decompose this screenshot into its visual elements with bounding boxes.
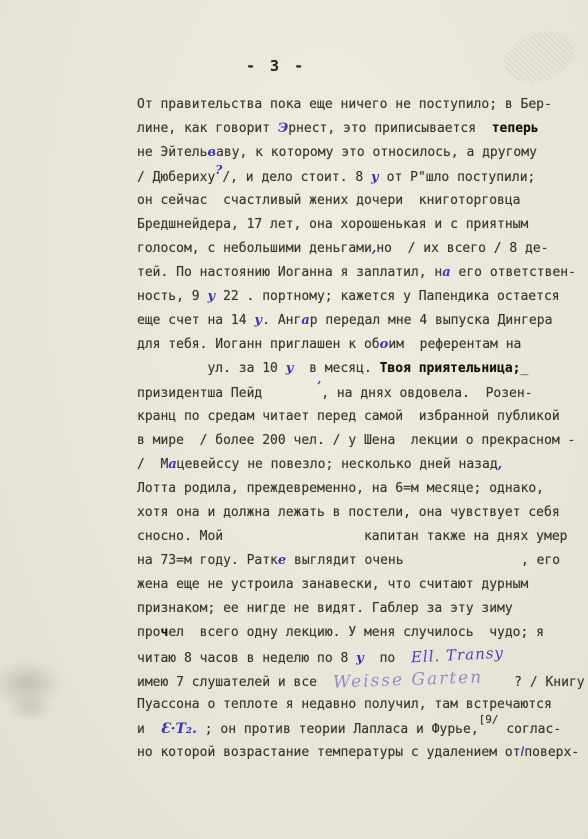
text-line: еще счет на 14 у. Ангар передал мне 4 вы…	[137, 309, 582, 333]
typed-text: от Р"шло поступили;	[379, 170, 536, 185]
handwritten-correction: ,	[498, 457, 503, 472]
text-line: / Дюбериху?/, и дело стоит. 8 у от Р"шло…	[137, 165, 582, 189]
text-line: хотя она и должна лежать в постели, она …	[137, 501, 582, 525]
typed-text: /, и дело стоит. 8	[222, 170, 371, 185]
typed-text: лине, как говорит	[137, 121, 278, 136]
typed-text: и	[137, 722, 160, 737]
typed-text: соглас-	[499, 722, 562, 737]
typed-text: читаю 8 часов в неделю по 8	[137, 651, 356, 666]
text-line: ность, 9 у 22 . портному; кажется у Папе…	[137, 285, 582, 309]
typed-text: поверх-	[524, 745, 579, 760]
handwritten-correction: а	[168, 457, 176, 472]
handwritten-correction: ?	[215, 163, 222, 177]
text-line: сносно. Мой капитан также на днях умер	[137, 525, 582, 549]
typed-text: ? / Книгу	[483, 675, 585, 690]
text-line: он сейчас счастливый жених дочери книгот…	[137, 189, 582, 213]
typed-text-overstrike: теперь	[492, 121, 539, 136]
typed-text-overstrike: Твоя приятельница;	[380, 361, 521, 376]
typed-text: 22 . портному; кажется у Папендика остае…	[215, 289, 559, 304]
typed-text: по	[364, 651, 411, 666]
typed-text: имею 7 слушателей и все	[137, 675, 333, 690]
typed-text: Бредшнейдера, 17 лет, она хорошенькая и …	[137, 217, 528, 232]
text-line: лине, как говорит Эрнест, это приписывае…	[137, 117, 582, 141]
typed-text: голосом, с небольшими деньгами	[137, 241, 372, 256]
typed-text: им референтам на	[388, 337, 521, 352]
typed-text: сносно. Мой капитан также на днях умер	[137, 529, 567, 544]
text-line: и Ɛ·T₂. ; он против теории Лапласа и Фур…	[137, 717, 582, 741]
text-line: в мире / более 200 чел. / у Шена лекции …	[137, 429, 582, 453]
scanned-paper-page: - 3 - От правительства пока еще ничего н…	[0, 0, 588, 839]
typed-text: ; он против теории Лапласа и Фурье,	[197, 722, 479, 737]
typed-text: выглядит очень , его	[286, 553, 560, 568]
typed-text: От правительства пока еще ничего не пост…	[137, 97, 552, 112]
typed-text: но / их всего / 8 де-	[376, 241, 548, 256]
typed-text: тей. По настоянию Иоганна я заплатил, н	[137, 265, 442, 280]
text-line: От правительства пока еще ничего не пост…	[137, 93, 582, 117]
text-line: на 73=м году. Ратке выглядит очень , его	[137, 549, 582, 573]
handwritten-correction: у	[286, 361, 294, 376]
text-line: читаю 8 часов в неделю по 8 у по Ell. Tr…	[137, 645, 582, 669]
text-line: Бредшнейдера, 17 лет, она хорошенькая и …	[137, 213, 582, 237]
typed-text: р передал мне 4 выпуска Дингера	[310, 313, 553, 328]
typed-text: на 73=м году. Ратк	[137, 553, 278, 568]
typed-text: но которой возрастание температуры с уда…	[137, 745, 521, 760]
typed-text: рнест, это приписывается	[288, 121, 492, 136]
handwritten-annotation: Ell. Transу	[410, 641, 504, 670]
pencil-scribble-artifact	[497, 23, 580, 91]
typed-text: / М	[137, 457, 168, 472]
text-line: / Мацевейссу не повезло; несколько дней …	[137, 453, 582, 477]
typed-text: Пуассона о теплоте я недавно получил, та…	[137, 697, 552, 712]
text-line: имею 7 слушателей и все Weisse Garten ? …	[137, 669, 582, 693]
text-line: жена еще не устроила занавески, что счит…	[137, 573, 582, 597]
typed-text: кранц по средам читает перед самой избра…	[137, 409, 560, 424]
typed-text: про	[137, 625, 160, 640]
typed-text: _	[520, 361, 528, 376]
typed-text: , на днях овдовела. Розен-	[321, 386, 532, 401]
text-line: Пуассона о теплоте я недавно получил, та…	[137, 693, 582, 717]
handwritten-correction: е	[278, 553, 286, 568]
typed-text: ул. за 10	[137, 361, 286, 376]
text-line: тей. По настоянию Иоганна я заплатил, на…	[137, 261, 582, 285]
handwritten-annotation: Ɛ·T₂.	[160, 721, 196, 737]
typed-text: / Дюбериху	[137, 170, 215, 185]
text-line: Лотта родила, преждевременно, на 6=м мес…	[137, 477, 582, 501]
typed-text: в месяц.	[294, 361, 380, 376]
handwritten-correction: у	[356, 651, 364, 666]
typed-text: не Эйтель	[137, 145, 207, 160]
text-line: голосом, с небольшими деньгами,но / их в…	[137, 237, 582, 261]
handwritten-correction: а	[301, 313, 309, 328]
typed-text: его ответствен-	[451, 265, 576, 280]
handwritten-annotation: Weisse Garten	[332, 665, 483, 694]
page-number: - 3 -	[246, 57, 306, 75]
margin-mark: [9/	[479, 713, 499, 726]
smudge-artifact-small	[8, 695, 52, 721]
handwritten-correction: у	[371, 170, 379, 185]
text-line: прочел всего одну лекцию. У меня случило…	[137, 621, 582, 645]
text-line: признаком; ее нигде не видят. Габлер за …	[137, 597, 582, 621]
text-line: ул. за 10 у в месяц. Твоя приятельница;_	[137, 357, 582, 381]
typed-text: жена еще не устроила занавески, что счит…	[137, 577, 528, 592]
typed-text: ность, 9	[137, 289, 207, 304]
text-line: не Эйтельваву, к которому это относилось…	[137, 141, 582, 165]
typed-text: аву, к которому это относилось, а другом…	[216, 145, 537, 160]
typed-text: призидентша Пейд	[137, 386, 317, 401]
handwritten-correction: в	[207, 145, 216, 160]
text-line: призидентша Пейд ’, на днях овдовела. Ро…	[137, 381, 582, 405]
typed-text: цевейссу не повезло; несколько дней наза…	[177, 457, 498, 472]
text-line: кранц по средам читает перед самой избра…	[137, 405, 582, 429]
typed-text: признаком; ее нигде не видят. Габлер за …	[137, 601, 513, 616]
typed-text: Лотта родила, преждевременно, на 6=м мес…	[137, 481, 544, 496]
handwritten-correction: ’	[317, 379, 321, 393]
typed-text: еще счет на 14	[137, 313, 254, 328]
typed-text: в мире / более 200 чел. / у Шена лекции …	[137, 433, 575, 448]
typed-text: ел всего одну лекцию. У меня случилось ч…	[168, 625, 544, 640]
document-body: От правительства пока еще ничего не пост…	[137, 93, 582, 765]
text-line: но которой возрастание температуры с уда…	[137, 741, 582, 765]
typed-text: . Анг	[262, 313, 301, 328]
typed-text: он сейчас счастливый жених дочери книгот…	[137, 193, 521, 208]
typed-text: для тебя. Иоганн приглашен к об	[137, 337, 380, 352]
handwritten-correction: о	[380, 337, 389, 352]
handwritten-correction: Э	[278, 121, 288, 136]
text-line: для тебя. Иоганн приглашен к обоим рефер…	[137, 333, 582, 357]
handwritten-correction: а	[442, 265, 450, 280]
typed-text: хотя она и должна лежать в постели, она …	[137, 505, 560, 520]
